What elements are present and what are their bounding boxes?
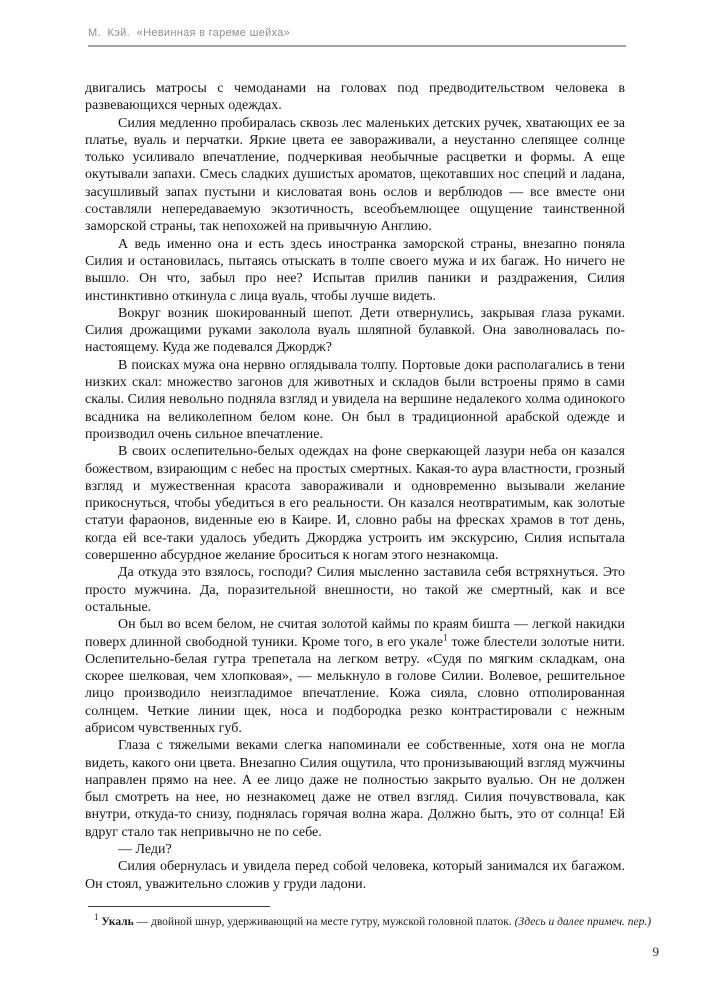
paragraph: Силия медленно пробиралась сквозь лес ма… bbox=[85, 115, 625, 236]
paragraph: Вокруг возник шокированный шепот. Дети о… bbox=[85, 305, 625, 357]
paragraph: двигались матросы с чемоданами на голова… bbox=[85, 80, 625, 115]
text-run: В своих ослепительно-белых одеждах на фо… bbox=[85, 444, 625, 563]
paragraph: А ведь именно она и есть здесь иностранк… bbox=[85, 236, 625, 305]
footnote-separator bbox=[88, 906, 270, 907]
text-run: В поисках мужа она нервно оглядывала тол… bbox=[85, 358, 625, 442]
paragraph: В своих ослепительно-белых одеждах на фо… bbox=[85, 443, 625, 564]
paragraph: Глаза с тяжелыми веками слегка напоминал… bbox=[85, 737, 625, 841]
page-number: 9 bbox=[653, 944, 660, 960]
text-run: Тут Силия вспомнила, что надо прикрыть л… bbox=[85, 894, 625, 896]
running-header: М. Кэй. «Невинная в гареме шейха» bbox=[88, 27, 290, 39]
paragraph: Да откуда это взялось, господи? Силия мы… bbox=[85, 564, 625, 616]
paragraph: Силия обернулась и увидела перед собой ч… bbox=[85, 858, 625, 893]
paragraph: В поисках мужа она нервно оглядывала тол… bbox=[85, 357, 625, 443]
paragraph: Тут Силия вспомнила, что надо прикрыть л… bbox=[85, 893, 625, 896]
text-run: двигались матросы с чемоданами на голова… bbox=[85, 81, 625, 113]
text-run: Укаль bbox=[101, 916, 133, 928]
paragraph: Он был во всем белом, не считая золотой … bbox=[85, 616, 625, 737]
text-run: Силия медленно пробиралась сквозь лес ма… bbox=[85, 116, 625, 235]
paragraph: — Леди? bbox=[85, 841, 625, 858]
page-text: двигались матросы с чемоданами на голова… bbox=[85, 80, 625, 896]
text-run: Вокруг возник шокированный шепот. Дети о… bbox=[85, 306, 625, 356]
text-run: Глаза с тяжелыми веками слегка напоминал… bbox=[85, 738, 625, 839]
book-page: М. Кэй. «Невинная в гареме шейха» двигал… bbox=[0, 0, 707, 1000]
footnote-marker: 1 bbox=[94, 912, 99, 922]
text-run: Да откуда это взялось, господи? Силия мы… bbox=[85, 565, 625, 615]
text-run: — двойной шнур, удерживающий на месте гу… bbox=[134, 916, 515, 928]
header-rule bbox=[88, 45, 626, 47]
text-run: А ведь именно она и есть здесь иностранк… bbox=[85, 237, 625, 304]
text-run: (Здесь и далее примеч. пер.) bbox=[515, 916, 651, 928]
text-run: Силия обернулась и увидела перед собой ч… bbox=[85, 859, 625, 891]
text-run: — Леди? bbox=[118, 842, 172, 857]
footnote-text: 1 Укаль — двойной шнур, удерживающий на … bbox=[85, 915, 655, 929]
